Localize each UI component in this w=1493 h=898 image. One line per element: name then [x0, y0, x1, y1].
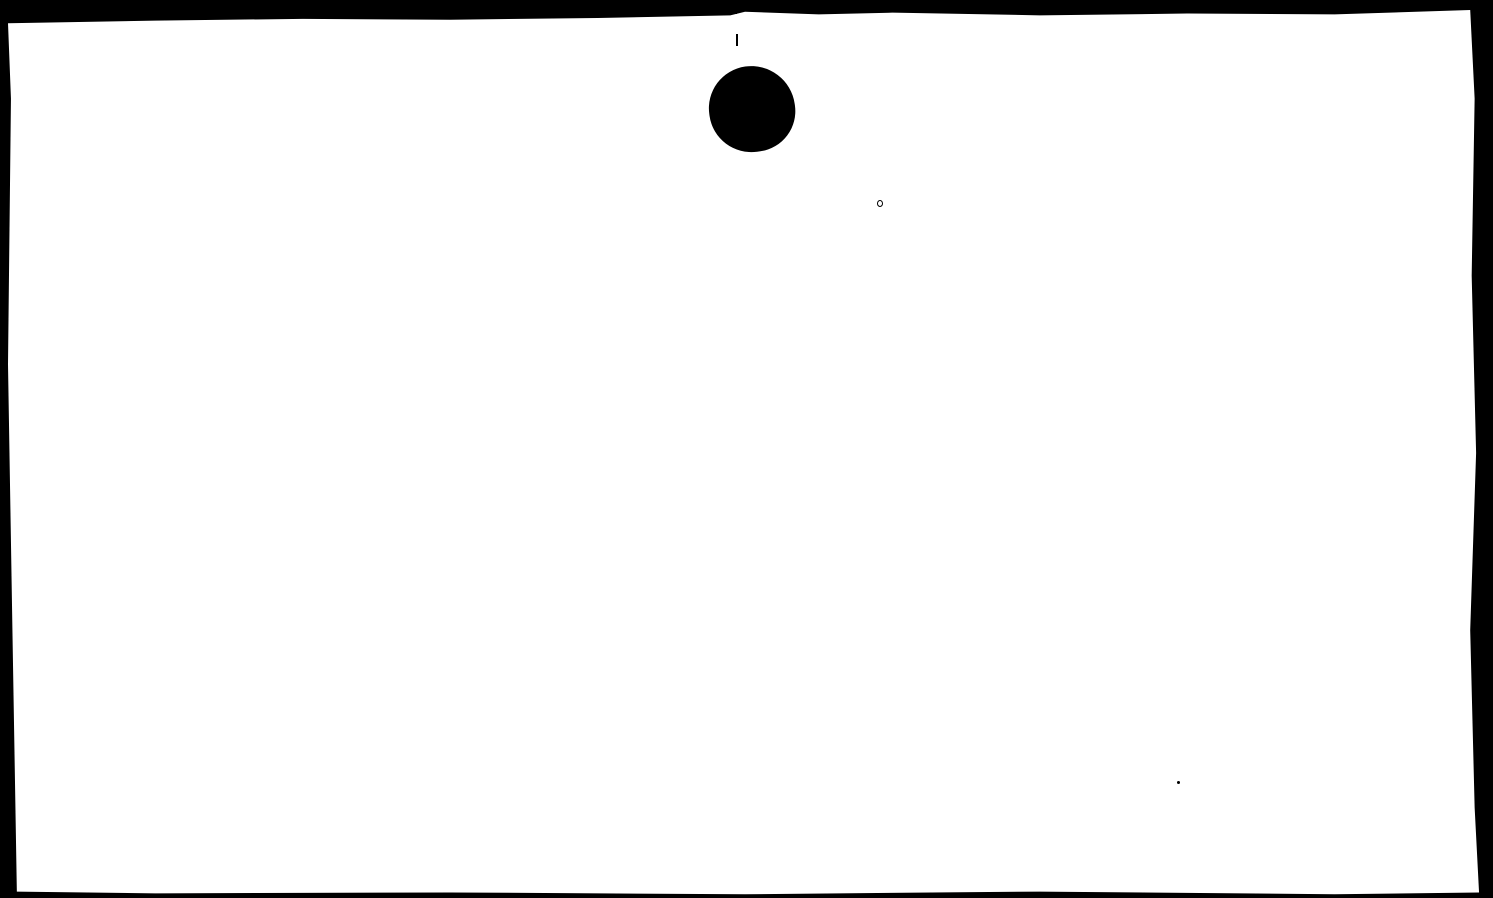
small-ring-icon	[877, 200, 883, 207]
speck-icon	[1177, 781, 1180, 784]
top-edge-seam	[735, 0, 737, 14]
hole-notch-mark	[736, 34, 738, 46]
photo-scene	[0, 0, 1493, 898]
